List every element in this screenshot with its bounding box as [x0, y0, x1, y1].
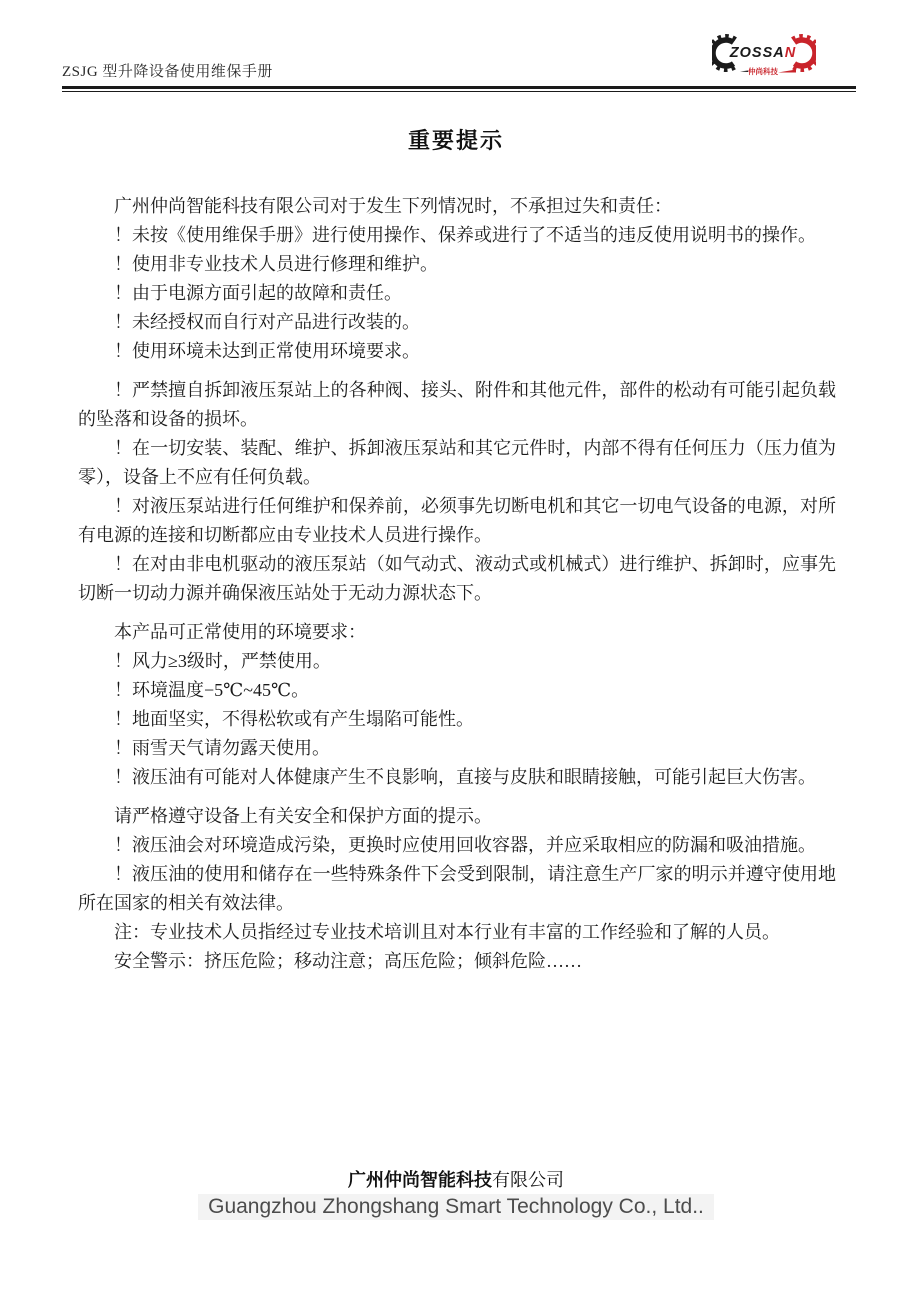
footer-company-en: Guangzhou Zhongshang Smart Technology Co… — [198, 1194, 714, 1220]
paragraph: 本产品可正常使用的环境要求： — [78, 618, 836, 647]
section-environment: 本产品可正常使用的环境要求： ！风力≥3级时，严禁使用。 ！环境温度−5℃~45… — [78, 618, 836, 792]
paragraph: ！液压油的使用和储存在一些特殊条件下会受到限制，请注意生产厂家的明示并遵守使用地… — [78, 860, 836, 918]
paragraph: ！未经授权而自行对产品进行改装的。 — [78, 308, 836, 337]
document-body: 广州仲尚智能科技有限公司对于发生下列情况时，不承担过失和责任： ！未按《使用维保… — [78, 192, 836, 986]
paragraph: ！雨雪天气请勿露天使用。 — [78, 734, 836, 763]
header-divider — [62, 86, 856, 92]
paragraph: ！环境温度−5℃~45℃。 — [78, 676, 836, 705]
paragraph: ！液压油会对环境造成污染，更换时应使用回收容器，并应采取相应的防漏和吸油措施。 — [78, 831, 836, 860]
paragraph: ！使用环境未达到正常使用环境要求。 — [78, 337, 836, 366]
footer-company-cn: 广州仲尚智能科技有限公司 — [0, 1168, 912, 1192]
section-liability: 广州仲尚智能科技有限公司对于发生下列情况时，不承担过失和责任： ！未按《使用维保… — [78, 192, 836, 366]
section-hydraulic-safety: ！严禁擅自拆卸液压泵站上的各种阀、接头、附件和其他元件，部件的松动有可能引起负载… — [78, 376, 836, 608]
zossan-logo-icon: ZOSSAN 仲尚科技 — [712, 26, 816, 86]
logo-subtitle-text: 仲尚科技 — [748, 66, 778, 76]
paragraph: ！液压油有可能对人体健康产生不良影响，直接与皮肤和眼睛接触，可能引起巨大伤害。 — [78, 763, 836, 792]
paragraph: ！地面坚实，不得松软或有产生塌陷可能性。 — [78, 705, 836, 734]
paragraph: ！在对由非电机驱动的液压泵站（如气动式、液动式或机械式）进行维护、拆卸时，应事先… — [78, 550, 836, 608]
paragraph: 安全警示：挤压危险；移动注意；高压危险；倾斜危险…… — [78, 947, 836, 976]
paragraph: ！对液压泵站进行任何维护和保养前，必须事先切断电机和其它一切电气设备的电源，对所… — [78, 492, 836, 550]
paragraph: ！严禁擅自拆卸液压泵站上的各种阀、接头、附件和其他元件，部件的松动有可能引起负载… — [78, 376, 836, 434]
header-doc-title: ZSJG 型升降设备使用维保手册 — [62, 60, 273, 86]
page-footer: 广州仲尚智能科技有限公司 Guangzhou Zhongshang Smart … — [0, 1168, 912, 1220]
paragraph: 请严格遵守设备上有关安全和保护方面的提示。 — [78, 802, 836, 831]
manual-page: ZSJG 型升降设备使用维保手册 ZOSSAN 仲尚科技 — [0, 0, 912, 1298]
logo-brand-text: ZOSSAN — [729, 45, 796, 61]
footer-company-cn-suffix: 有限公司 — [492, 1170, 564, 1190]
paragraph: ！在一切安装、装配、维护、拆卸液压泵站和其它元件时，内部不得有任何压力（压力值为… — [78, 434, 836, 492]
page-title: 重要提示 — [0, 124, 912, 155]
section-notes: 请严格遵守设备上有关安全和保护方面的提示。 ！液压油会对环境造成污染，更换时应使… — [78, 802, 836, 976]
paragraph: ！使用非专业技术人员进行修理和维护。 — [78, 250, 836, 279]
paragraph: ！未按《使用维保手册》进行使用操作、保养或进行了不适当的违反使用说明书的操作。 — [78, 221, 836, 250]
paragraph: ！风力≥3级时，严禁使用。 — [78, 647, 836, 676]
page-header: ZSJG 型升降设备使用维保手册 ZOSSAN 仲尚科技 — [62, 0, 856, 92]
footer-company-cn-brand: 广州仲尚智能科技 — [348, 1170, 492, 1190]
paragraph: 广州仲尚智能科技有限公司对于发生下列情况时，不承担过失和责任： — [78, 192, 836, 221]
paragraph: 注：专业技术人员指经过专业技术培训且对本行业有丰富的工作经验和了解的人员。 — [78, 918, 836, 947]
paragraph: ！由于电源方面引起的故障和责任。 — [78, 279, 836, 308]
